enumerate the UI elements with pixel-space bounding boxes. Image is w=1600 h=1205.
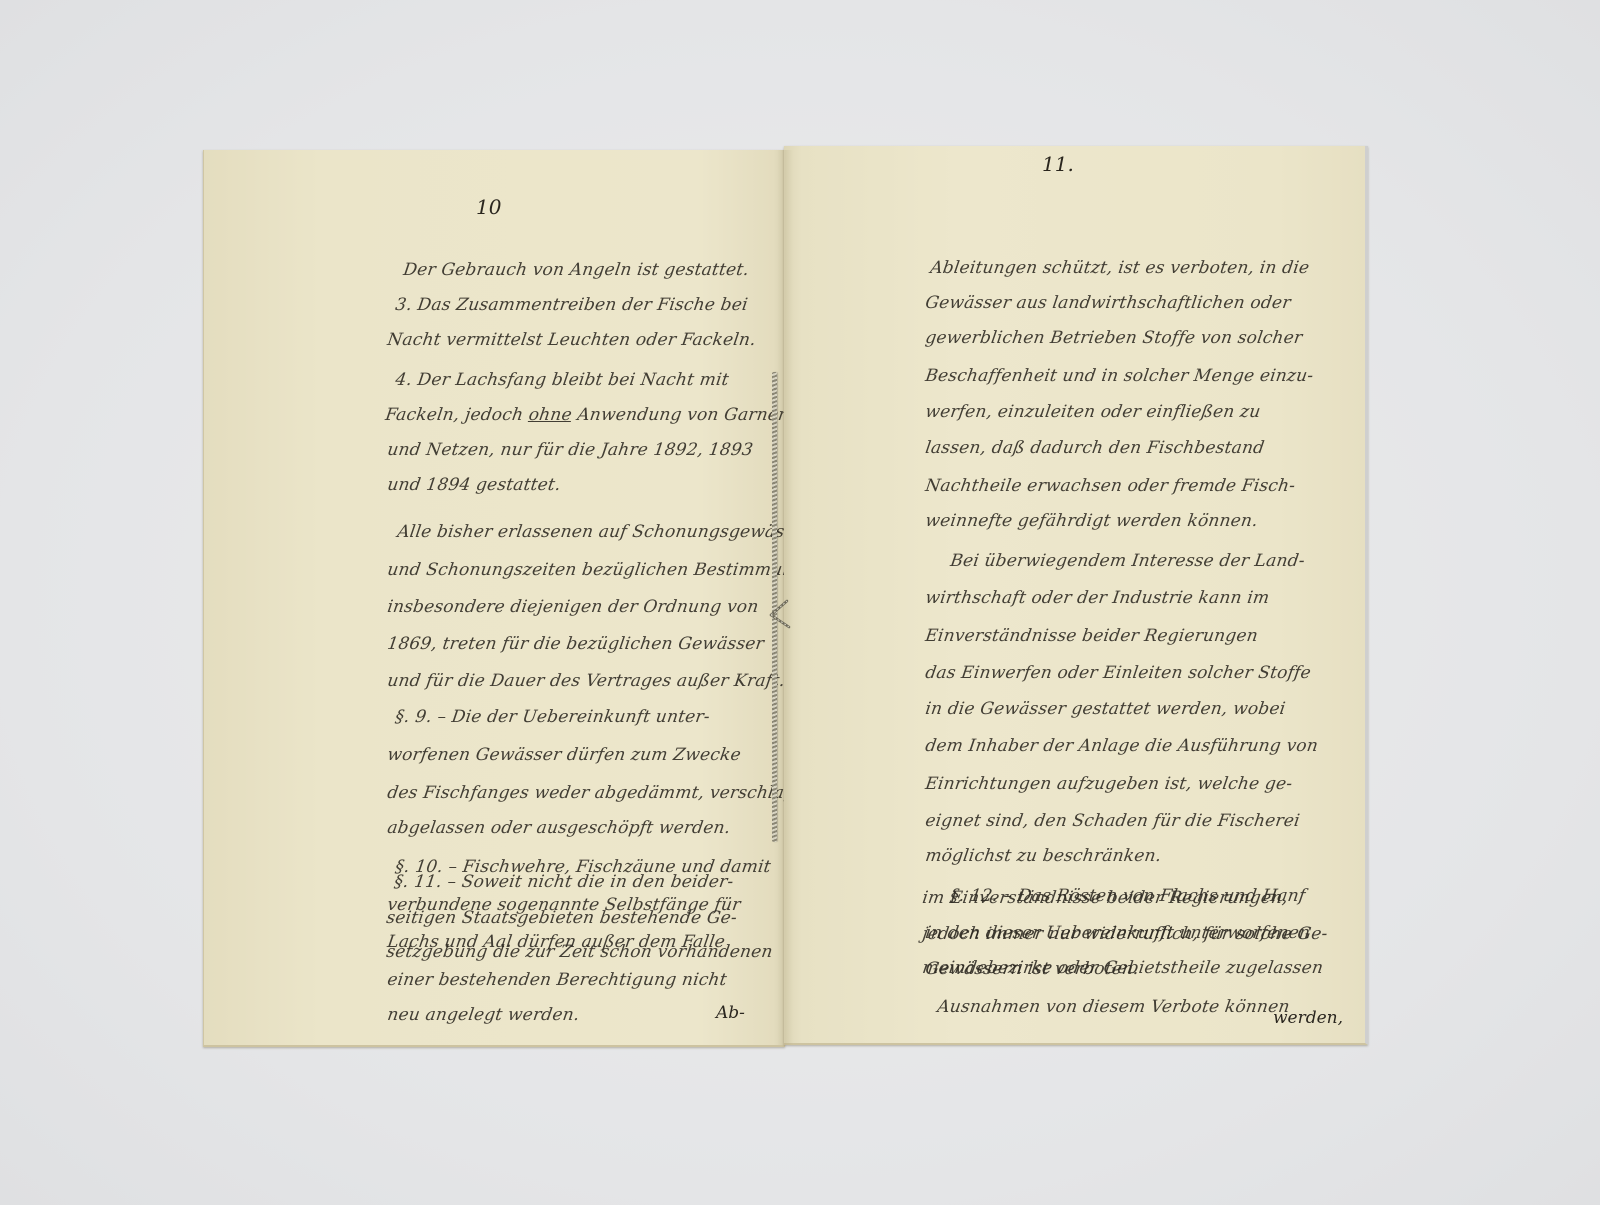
handwritten-line: worfenen Gewässer dürfen zum Zwecke [386,745,742,765]
handwritten-line: jedoch immer nur widerruflich, für solch… [921,924,1329,944]
handwritten-line: und Netzen, nur für die Jahre 1892, 1893 [386,440,754,460]
handwritten-line: insbesondere diejenigen der Ordnung von [386,597,760,617]
handwritten-line: Nachtheile erwachsen oder fremde Fisch- [924,476,1297,496]
handwritten-line: Einrichtungen aufzugeben ist, welche ge- [924,774,1294,794]
handwritten-line: setzgebung die zur Zeit schon vorhandene… [385,942,774,962]
underlined-word: ohne [527,405,573,425]
handwritten-line: Ausnahmen von diesem Verbote können [936,997,1291,1017]
catchword-right: werden, [1273,1008,1343,1028]
handwritten-line: dem Inhaber der Anlage die Ausführung vo… [924,736,1319,756]
handwritten-line: werfen, einzuleiten oder einfließen zu [924,402,1262,422]
handwritten-line: abgelassen oder ausgeschöpft werden. [386,818,732,838]
handwritten-line-section-9: §. 9. – Die der Uebereinkunft unter- [394,707,711,727]
handwritten-line: und Schonungszeiten bezüglichen Bestimmu… [386,560,833,580]
right-page: 11. Ableitungen schützt, ist es verboten… [784,146,1368,1045]
handwritten-line: neu angelegt werden. [386,1005,581,1025]
handwritten-line: und für die Dauer des Vertrages außer Kr… [386,671,786,691]
handwritten-line-with-underline: Fackeln, jedoch ohne Anwendung von Garne… [384,405,791,425]
handwritten-line: und 1894 gestattet. [386,475,562,495]
handwritten-line: Alle bisher erlassenen auf Schonungsgewä… [396,522,813,542]
handwritten-line: Bei überwiegendem Interesse der Land- [949,551,1306,571]
handwritten-line: seitigen Staatsgebieten bestehende Ge- [385,908,738,928]
handwritten-line: Beschaffenheit und in solcher Menge einz… [924,366,1315,386]
handwritten-line: möglichst zu beschränken. [924,846,1163,866]
handwritten-line: in die Gewässer gestattet werden, wobei [924,699,1287,719]
open-booklet-spread: 10 Der Gebrauch von Angeln ist gestattet… [203,150,1365,1045]
handwritten-line: wirthschaft oder der Industrie kann im [924,588,1271,608]
binding-knot-icon [769,595,791,635]
handwritten-line: Gewässer aus landwirthschaftlichen oder [924,293,1292,313]
handwritten-line: Einverständnisse beider Regierungen [924,626,1259,646]
handwritten-line: gewerblichen Betrieben Stoffe von solche… [924,328,1304,348]
page-number-right: 11. [1042,152,1074,176]
handwritten-line: 1869, treten für die bezüglichen Gewässe… [386,634,765,654]
handwritten-line: lassen, daß dadurch den Fischbestand [924,438,1266,458]
handwritten-line: 3. Das Zusammentreiben der Fische bei [394,295,749,315]
handwritten-line-text: 4. Der Lachsfang bleibt bei Nacht mit [394,370,730,390]
handwritten-line: des Fischfanges weder abgedämmt, verschl… [386,783,824,803]
handwritten-line: Ableitungen schützt, ist es verboten, in… [929,258,1311,278]
handwritten-line: eignet sind, den Schaden für die Fischer… [924,811,1301,831]
handwritten-line: einer bestehenden Berechtigung nicht [386,970,728,990]
handwritten-line: das Einwerfen oder Einleiten solcher Sto… [924,663,1312,683]
page-number-left: 10 [476,195,501,219]
handwritten-line: Der Gebrauch von Angeln ist gestattet. [402,260,750,280]
handwritten-line: 4. Der Lachsfang bleibt bei Nacht mit [394,370,730,390]
handwritten-line: Nacht vermittelst Leuchten oder Fackeln. [386,330,757,350]
handwritten-line: weinnefte gefährdigt werden können. [924,511,1259,531]
handwritten-line: im Einverständnisse beider Regierungen, [921,888,1289,908]
catchword-left: Ab- [716,1003,745,1023]
handwritten-line: meindebezirke oder Gebietstheile zugelas… [921,958,1324,978]
handwritten-line-section-11: §. 11. – Soweit nicht die in den beider- [393,872,735,892]
